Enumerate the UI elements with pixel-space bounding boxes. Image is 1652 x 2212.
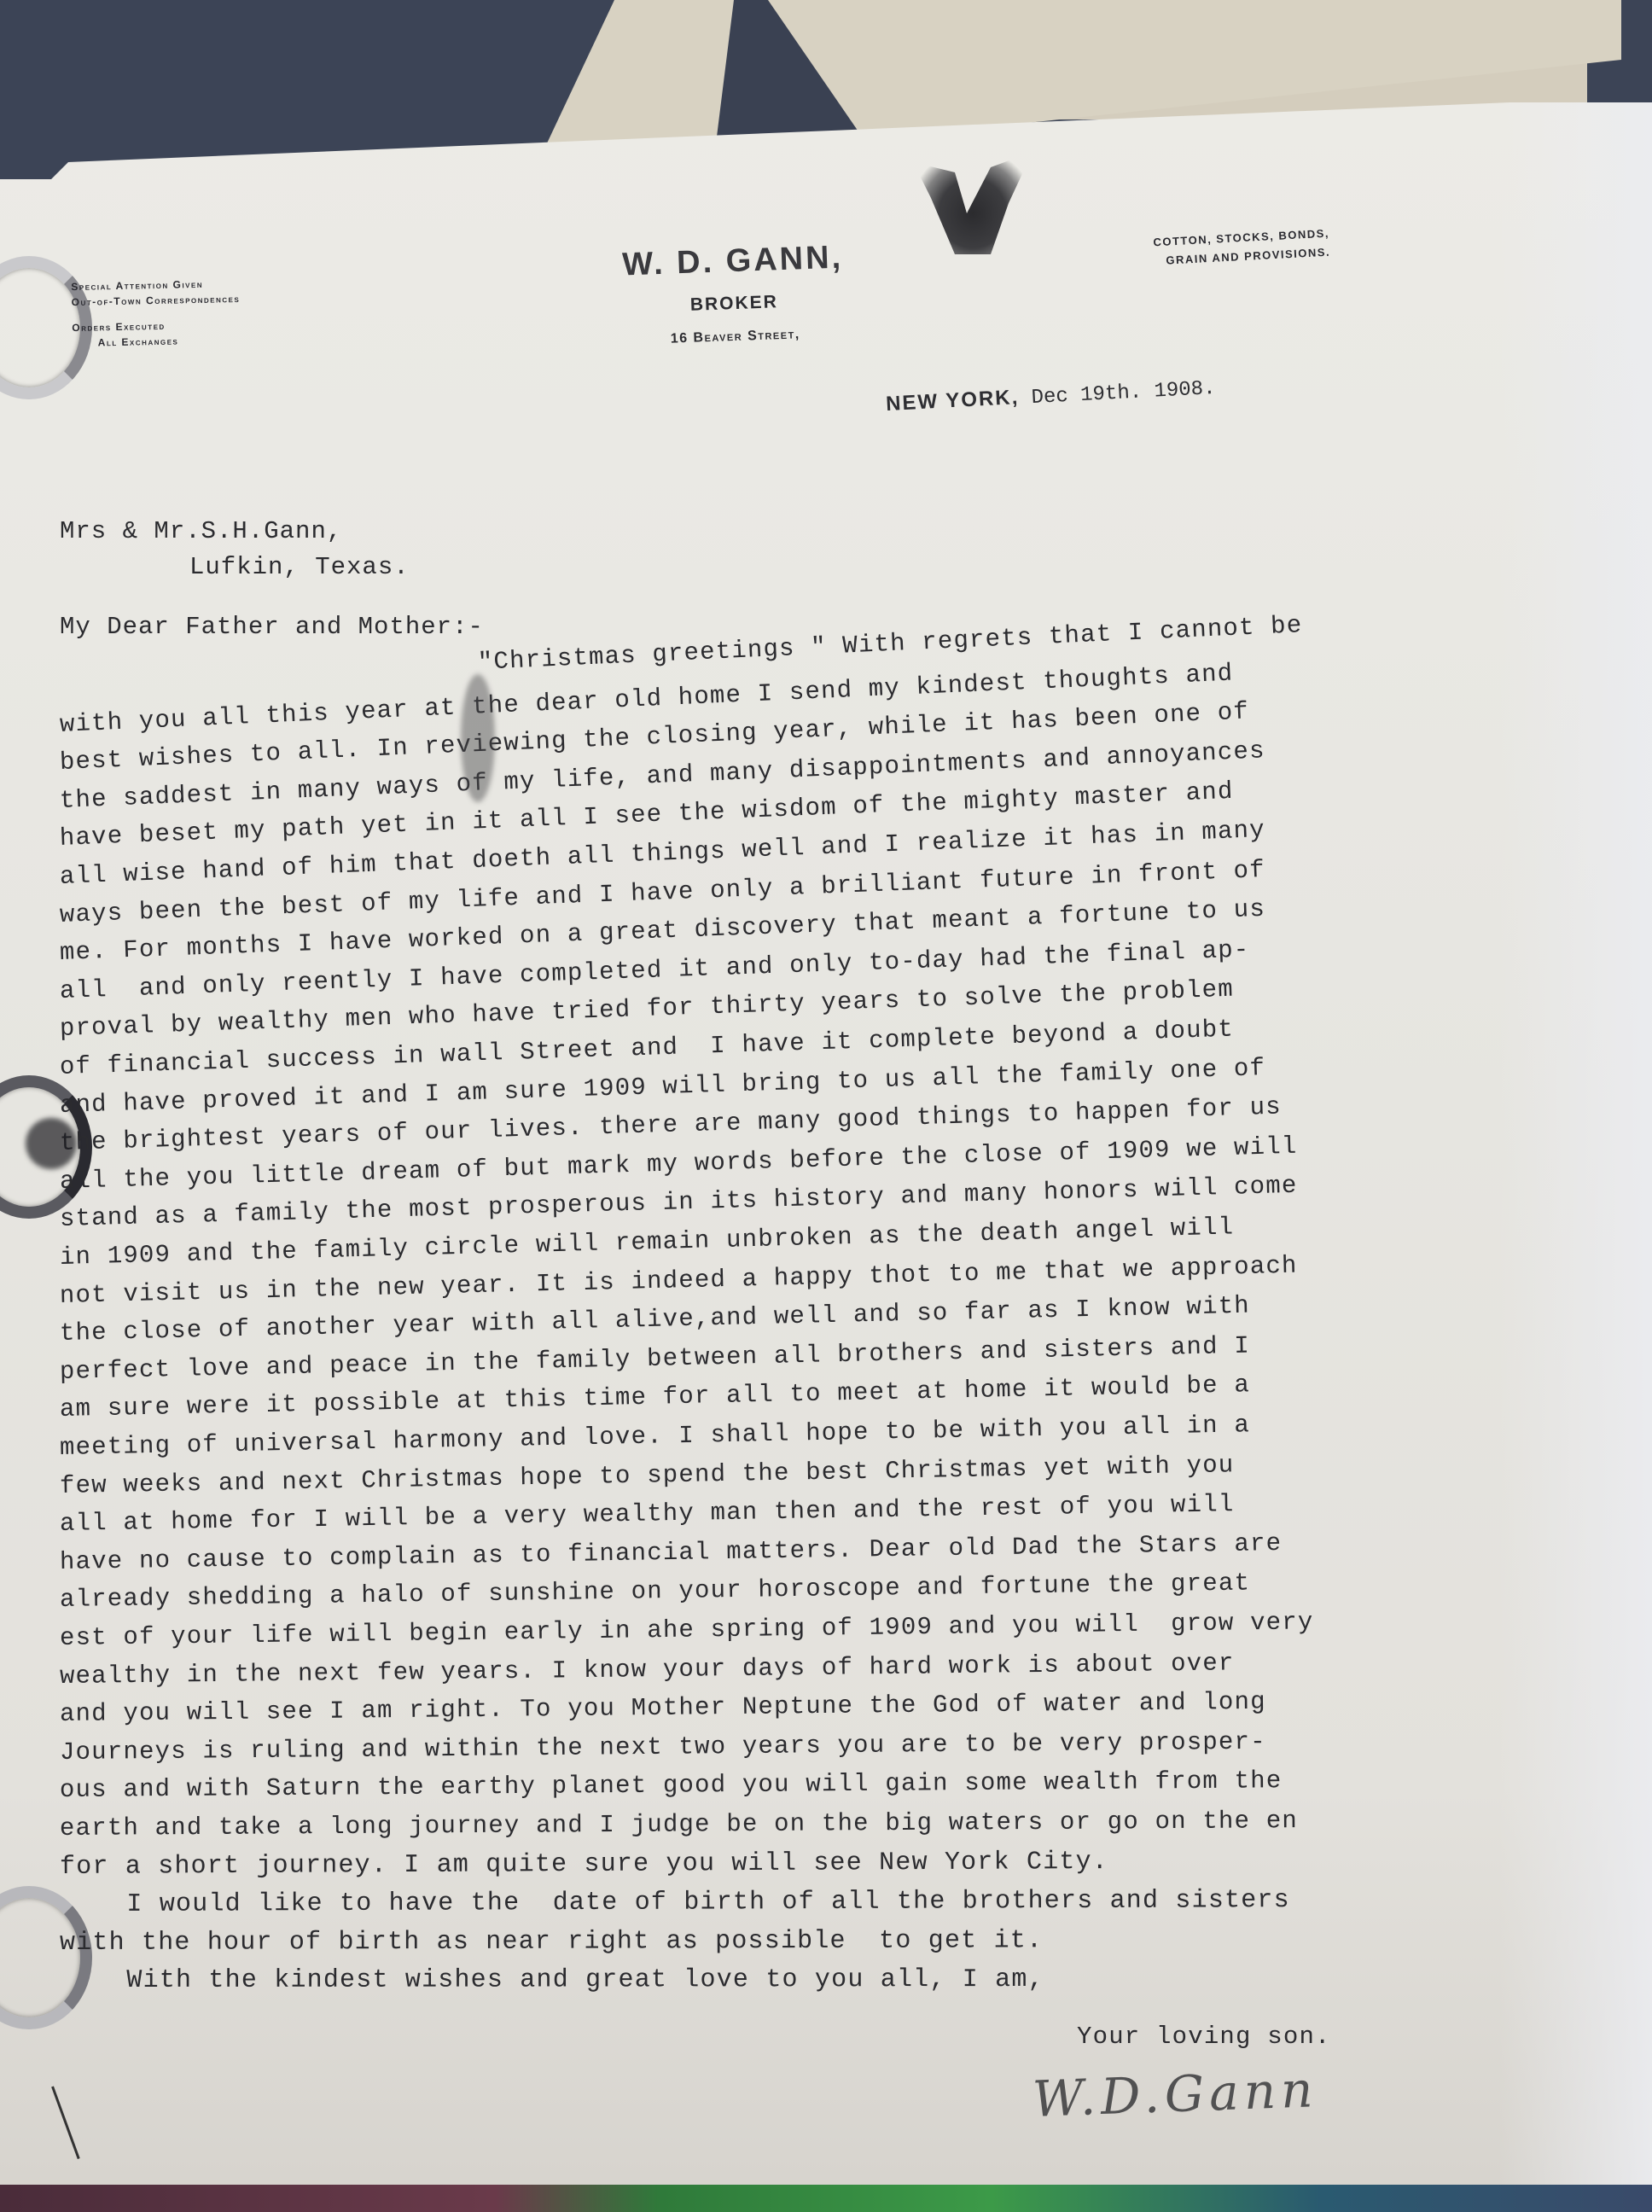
letter-line: I would like to have the date of birth o… [94, 1886, 1290, 1919]
letter-line: for a short journey. I am quite sure you… [60, 1848, 1108, 1882]
letterhead-title: BROKER [589, 288, 880, 319]
letterhead-left: Special Attention Given Out-of-Town Corr… [71, 276, 241, 351]
addressee-name: Mrs & Mr.S.H.Gann, [60, 517, 342, 545]
ink-smudge [26, 1118, 77, 1169]
letterhead-center: W. D. GANN, BROKER 16 Beaver Street, [587, 238, 881, 350]
letter-line: with the hour of birth as near right as … [60, 1926, 1043, 1958]
letter-line: With the kindest wishes and great love t… [94, 1965, 1044, 1995]
ink-smudge [461, 674, 495, 802]
page-glare [1498, 102, 1652, 2212]
background-fabric [0, 2185, 1652, 2212]
addressee-location: Lufkin, Texas. [189, 553, 410, 581]
letterhead-left-line: Out-of-Town Correspondences [72, 291, 241, 310]
salutation: My Dear Father and Mother:- [60, 613, 484, 641]
signature: W.D.Gann [1032, 2060, 1319, 2128]
closing: Your loving son. [1077, 2023, 1331, 2051]
